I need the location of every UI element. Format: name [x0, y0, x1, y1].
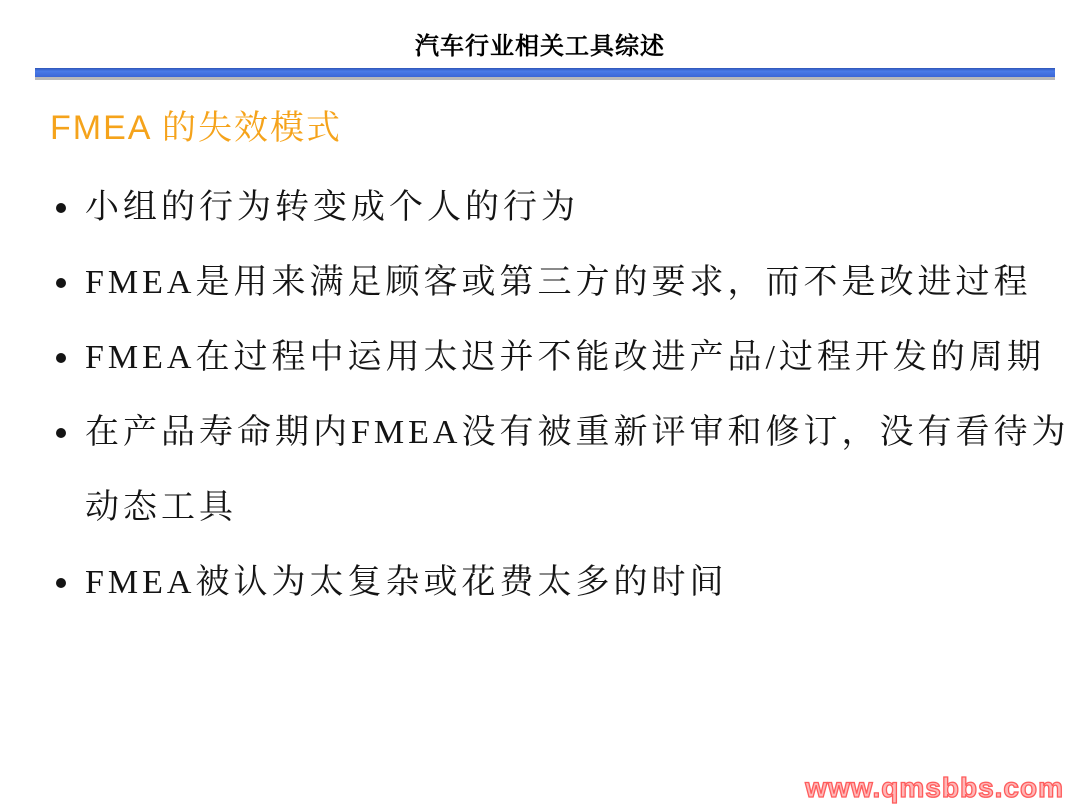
- bullet-marker-icon: [52, 170, 85, 245]
- accent-divider-bar: [35, 68, 1055, 80]
- bullet-text-line-1: 在产品寿命期内FMEA没有被重新评审和修订，没有看待为: [85, 414, 1069, 451]
- bullet-item: 在产品寿命期内FMEA没有被重新评审和修订，没有看待为动态工具: [52, 395, 1062, 545]
- bullet-text: FMEA被认为太复杂或花费太多的时间: [85, 545, 1062, 620]
- bullet-item: FMEA是用来满足顾客或第三方的要求，而不是改进过程: [52, 245, 1062, 320]
- watermark-url: www.qmsbbs.com: [805, 772, 1064, 804]
- bullet-marker-icon: [52, 245, 85, 320]
- page-header-title: 汽车行业相关工具综述: [0, 26, 1080, 61]
- bullet-item: 小组的行为转变成个人的行为: [52, 170, 1062, 245]
- slide-title: FMEA 的失效模式: [50, 100, 342, 149]
- slide: 汽车行业相关工具综述 FMEA 的失效模式 小组的行为转变成个人的行为 FMEA…: [0, 0, 1080, 810]
- bullet-text: FMEA是用来满足顾客或第三方的要求，而不是改进过程: [85, 245, 1062, 320]
- bullet-text: 在产品寿命期内FMEA没有被重新评审和修订，没有看待为动态工具: [85, 395, 1069, 545]
- bullet-text: FMEA在过程中运用太迟并不能改进产品/过程开发的周期: [85, 320, 1062, 395]
- bullet-item: FMEA在过程中运用太迟并不能改进产品/过程开发的周期: [52, 320, 1062, 395]
- bullet-marker-icon: [52, 545, 85, 620]
- bullet-text-line-2: 动态工具: [85, 489, 237, 526]
- bullet-list: 小组的行为转变成个人的行为 FMEA是用来满足顾客或第三方的要求，而不是改进过程…: [52, 170, 1062, 620]
- bullet-text: 小组的行为转变成个人的行为: [85, 170, 1062, 245]
- bullet-marker-icon: [52, 395, 85, 470]
- bullet-marker-icon: [52, 320, 85, 395]
- bullet-item: FMEA被认为太复杂或花费太多的时间: [52, 545, 1062, 620]
